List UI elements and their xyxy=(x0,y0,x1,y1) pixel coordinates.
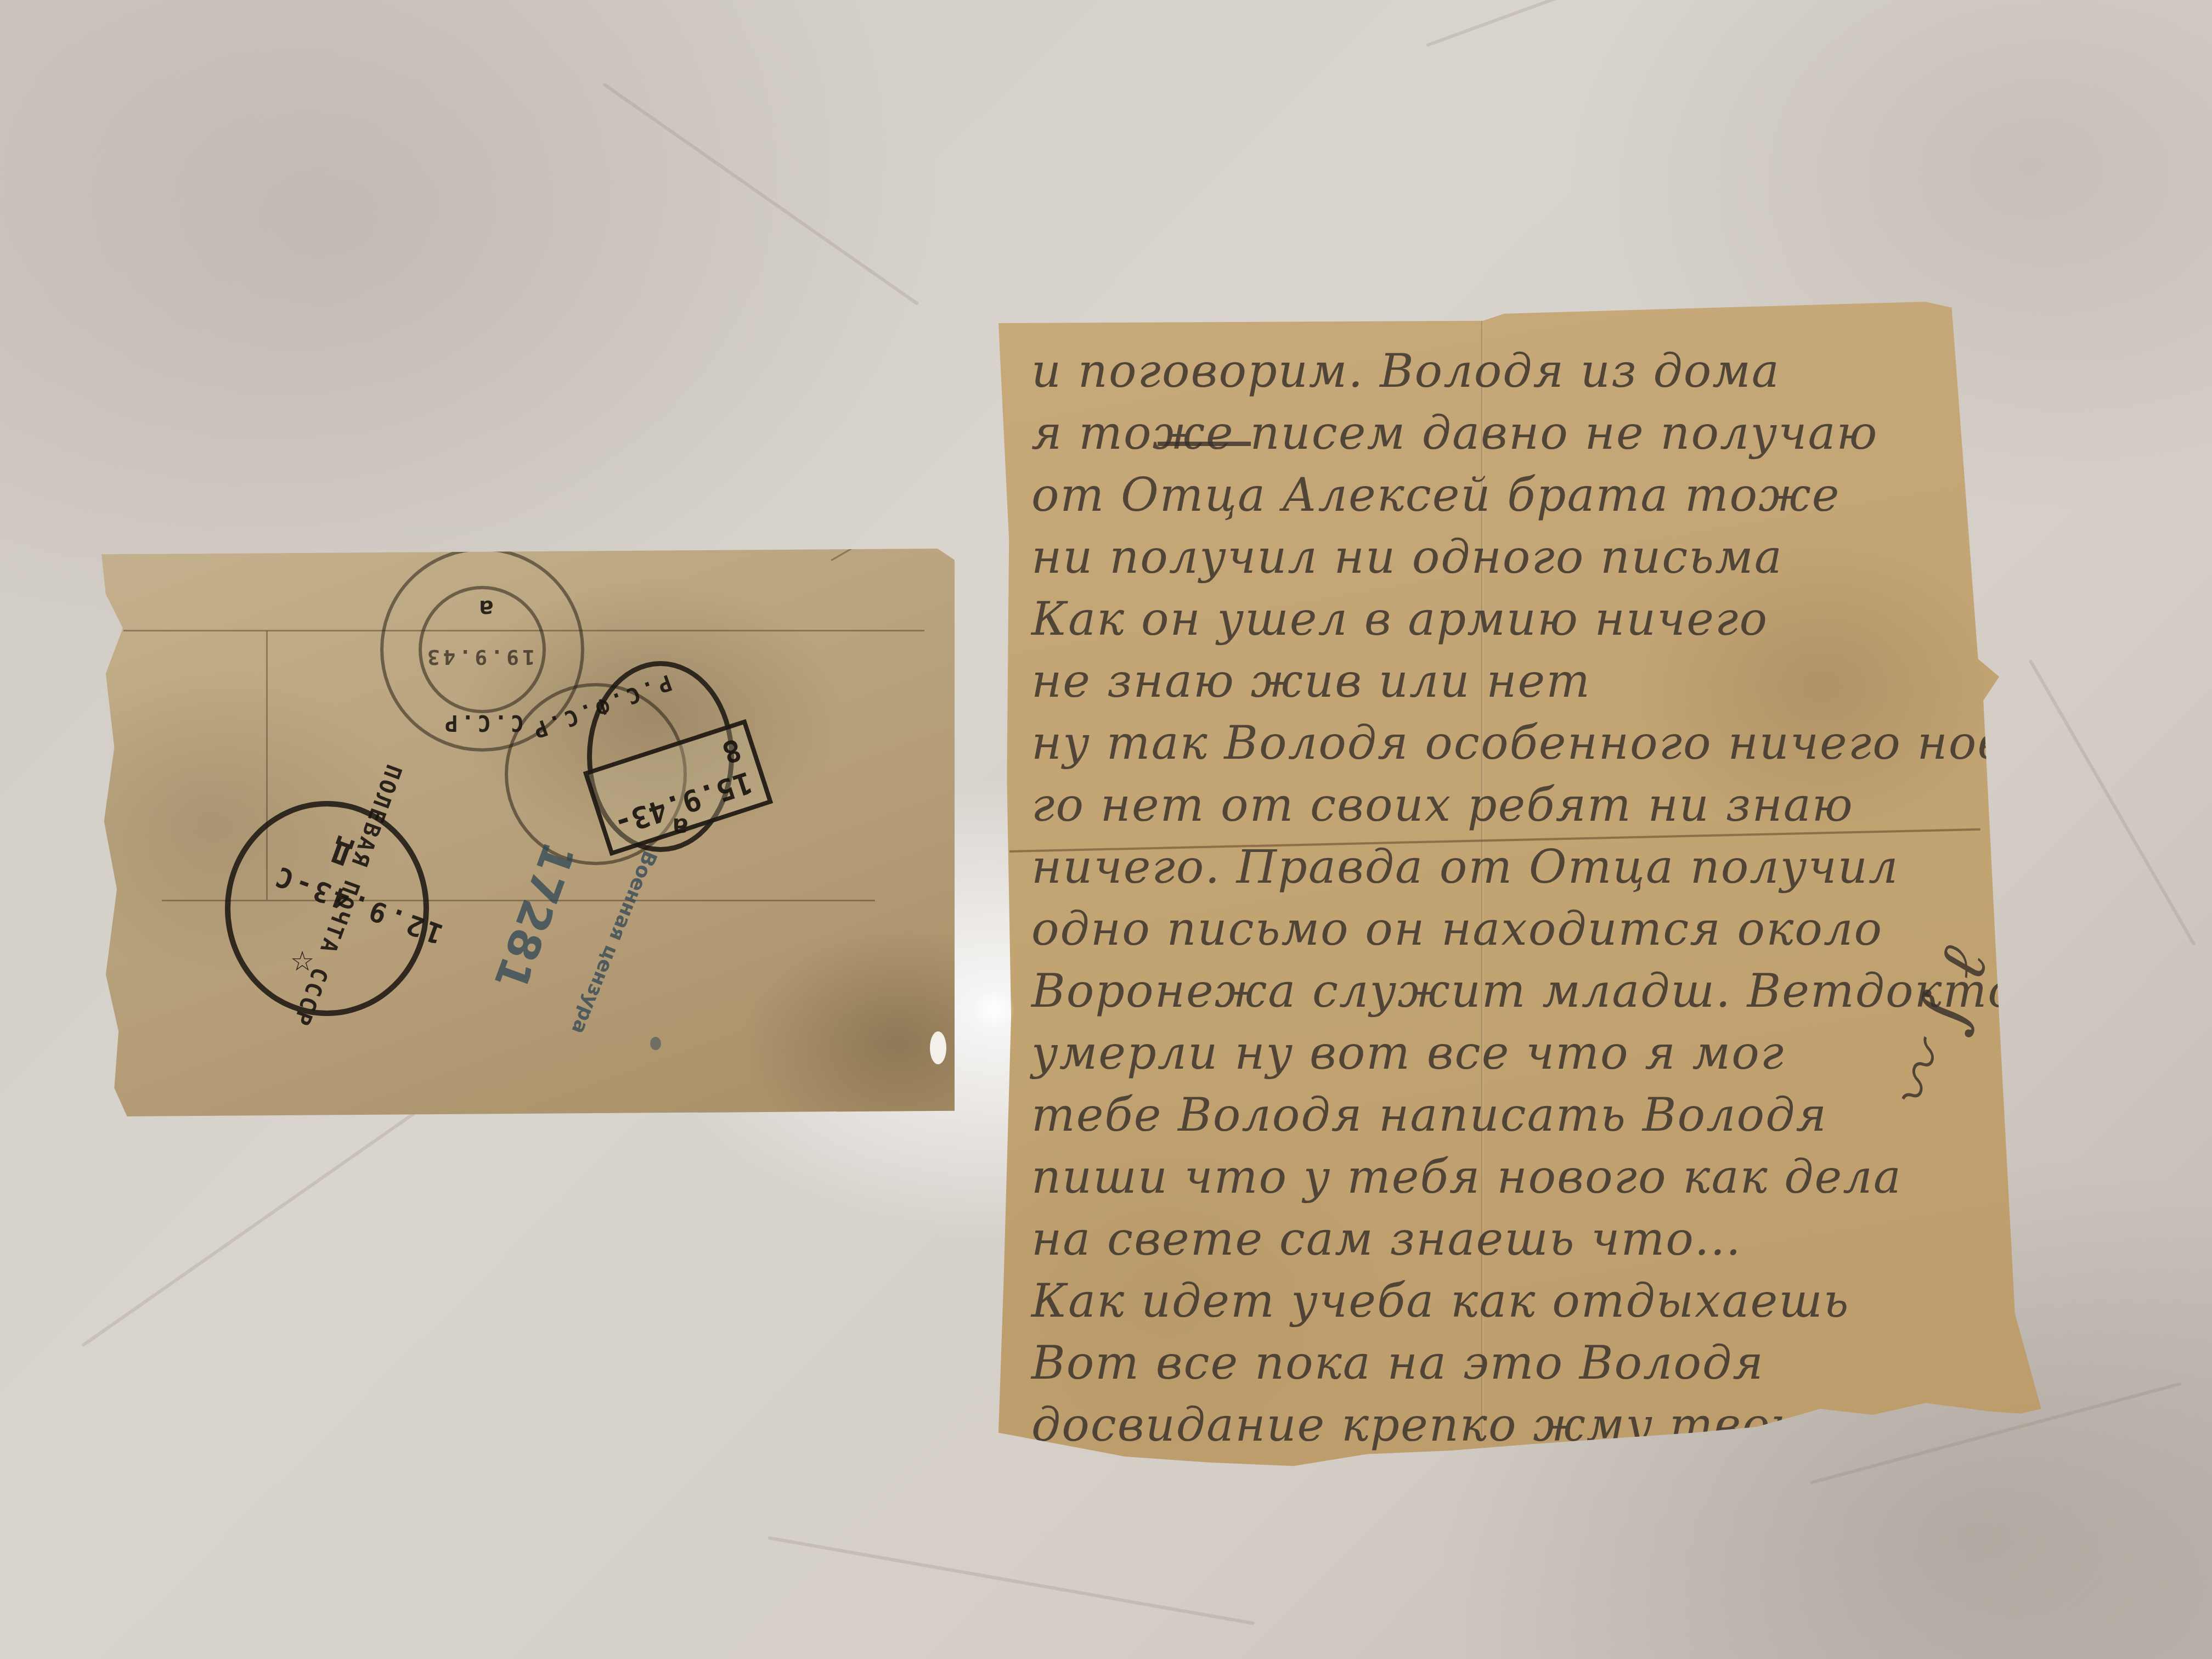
letter-line: Как он ушел в армию ничего xyxy=(1031,588,2030,650)
censor-stamp: 17281 xyxy=(484,836,584,996)
censor-number: 17281 xyxy=(484,836,584,996)
letter-body: и поговорим. Володя из дома я тоже писем… xyxy=(1031,340,2030,1518)
marble-vein xyxy=(1426,0,1891,47)
letter-line: ну так Володя особенного ничего ново- xyxy=(1031,712,2030,774)
letter-line: Как идет учеба как отдыхаешь xyxy=(1031,1270,2030,1332)
envelope-ink-spot xyxy=(650,1037,661,1050)
struck-through-word xyxy=(1158,442,1251,446)
envelope-back: С.С.Р 19.9.43 а Р.С.Ф.С.Р 15.9.43-8 а ПО… xyxy=(101,549,955,1116)
star-icon: ☆ xyxy=(291,935,317,980)
letter-line: не знаю жив или нет xyxy=(1031,650,2030,712)
letter-line: одно письмо он находится около xyxy=(1031,898,2030,960)
handwritten-letter: и поговорим. Володя из дома я тоже писем… xyxy=(998,302,2052,1492)
letter-line: го нет от своих ребят ни знаю xyxy=(1031,774,2030,836)
letter-line: от Отца Алексей брата тоже xyxy=(1031,464,2030,526)
postmark-date: 19.9.43 xyxy=(424,645,535,669)
letter-line: ничего. Правда от Отца получил xyxy=(1031,836,2030,898)
letter-line: Воронежа служит младш. Ветдоктор xyxy=(1031,960,2030,1022)
censor-label: Военная цензура xyxy=(567,848,661,1037)
marble-vein xyxy=(81,1093,443,1347)
postmark-letter-code: а xyxy=(476,595,494,623)
letter-line: я тоже писем давно не получаю xyxy=(1031,402,2030,464)
marble-vein xyxy=(602,83,919,306)
envelope-torn-hole xyxy=(930,1031,946,1064)
censor-stamp-text: Военная цензура xyxy=(567,848,661,1037)
postmark-letter-code: а xyxy=(669,812,689,843)
marble-vein xyxy=(2028,659,2196,946)
letter-line: ни получил ни одного письма xyxy=(1031,526,2030,588)
postmark-rsfsr-boxed-date: Р.С.Ф.С.Р 15.9.43-8 а xyxy=(505,661,735,859)
postmark-field-post: ПОЛЕВАЯ ПОЧТА СССР 12.9.43-С Д ☆ xyxy=(225,801,428,1015)
letter-line: досвидание крепко жму твои руки xyxy=(1031,1394,2030,1456)
letter-line: пиши что у тебя нового как дела xyxy=(1031,1146,2030,1208)
envelope-flap-diagonal xyxy=(831,496,941,561)
light-reflection xyxy=(971,988,1015,1031)
marble-vein xyxy=(768,1536,1254,1625)
letter-line: Вот все пока на это Володя xyxy=(1031,1332,2030,1394)
letter-line: и поговорим. Володя из дома xyxy=(1031,340,2030,402)
letter-line: на свете сам знаешь что... xyxy=(1031,1208,2030,1270)
